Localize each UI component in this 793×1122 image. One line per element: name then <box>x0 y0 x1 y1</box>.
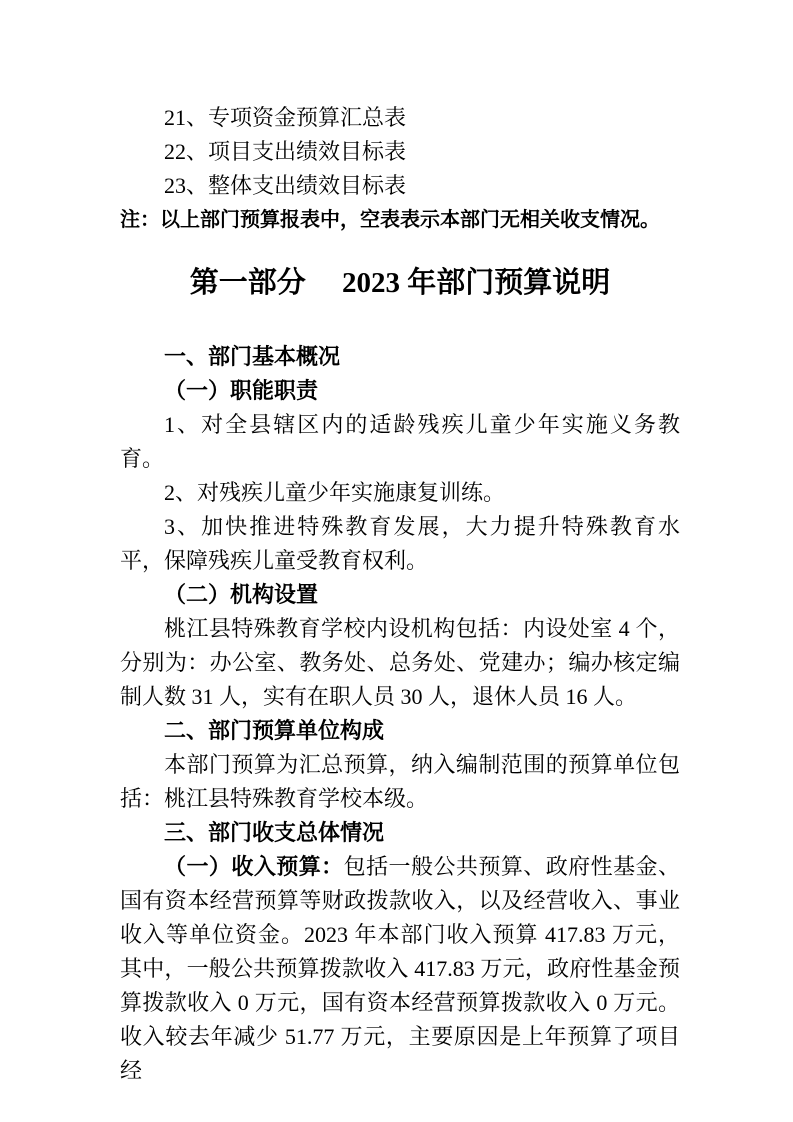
report-list-item-22: 22、项目支出绩效目标表 <box>120 135 680 169</box>
paragraph-duty-3: 3、加快推进特殊教育发展，大力提升特殊教育水平，保障残疾儿童受教育权利。 <box>120 510 680 578</box>
paragraph-income-budget: （一）收入预算：包括一般公共预算、政府性基金、国有资本经营预算等财政拨款收入，以… <box>120 850 680 1088</box>
document-page: 21、专项资金预算汇总表 22、项目支出绩效目标表 23、整体支出绩效目标表 注… <box>0 0 793 1122</box>
heading-department-overview: 一、部门基本概况 <box>120 340 680 374</box>
heading-budget-units: 二、部门预算单位构成 <box>120 714 680 748</box>
report-note: 注：以上部门预算报表中，空表表示本部门无相关收支情况。 <box>120 203 680 237</box>
paragraph-organization: 桃江县特殊教育学校内设机构包括：内设处室 4 个，分别为：办公室、教务处、总务处… <box>120 612 680 714</box>
heading-organization: （二）机构设置 <box>120 578 680 612</box>
heading-revenue-expenditure: 三、部门收支总体情况 <box>120 816 680 850</box>
report-list-item-21: 21、专项资金预算汇总表 <box>120 101 680 135</box>
paragraph-duty-1: 1、对全县辖区内的适龄残疾儿童少年实施义务教育。 <box>120 408 680 476</box>
heading-duties: （一）职能职责 <box>120 374 680 408</box>
document-content: 21、专项资金预算汇总表 22、项目支出绩效目标表 23、整体支出绩效目标表 注… <box>0 0 793 1088</box>
part-title: 第一部分 2023 年部门预算说明 <box>120 263 680 303</box>
paragraph-budget-units: 本部门预算为汇总预算，纳入编制范围的预算单位包括：桃江县特殊教育学校本级。 <box>120 748 680 816</box>
income-budget-lead: （一）收入预算： <box>164 854 344 879</box>
report-list-item-23: 23、整体支出绩效目标表 <box>120 169 680 203</box>
paragraph-duty-2: 2、对残疾儿童少年实施康复训练。 <box>120 476 680 510</box>
income-budget-text: 包括一般公共预算、政府性基金、国有资本经营预算等财政拨款收入，以及经营收入、事业… <box>120 854 680 1083</box>
